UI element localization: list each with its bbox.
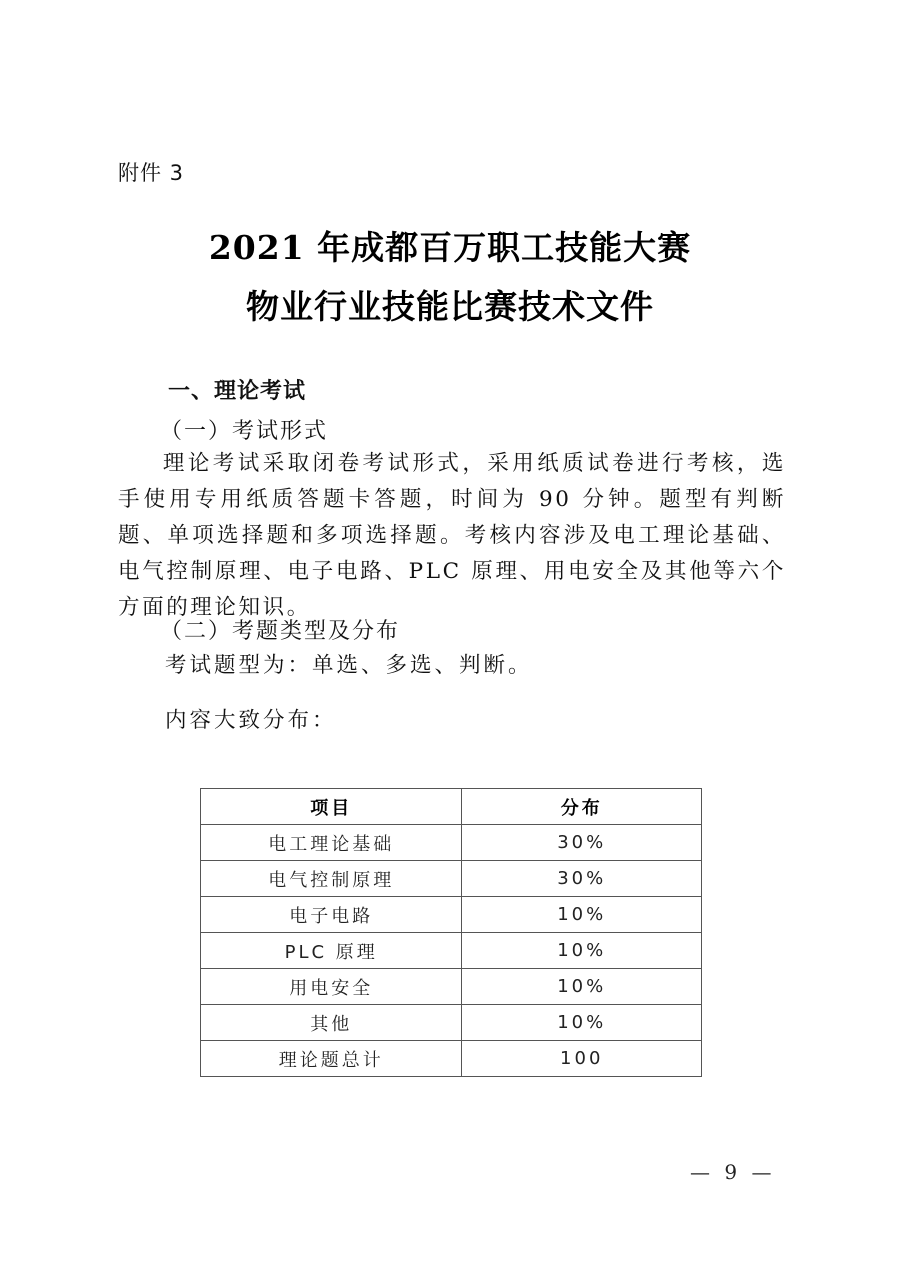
exam-format-text: 理论考试采取闭卷考试形式，采用纸质试卷进行考核，选手使用专用纸质答题卡答题，时间… <box>118 451 786 620</box>
subsection-heading-exam-format: （一）考试形式 <box>160 414 328 445</box>
attachment-label: 附件 3 <box>118 157 184 187</box>
cell-distribution: 10% <box>462 1005 702 1041</box>
cell-distribution: 100 <box>462 1041 702 1077</box>
table-row: 电气控制原理 30% <box>201 861 702 897</box>
cell-item: PLC 原理 <box>201 933 462 969</box>
document-page: 附件 3 2021 年成都百万职工技能大赛 物业行业技能比赛技术文件 一、理论考… <box>0 0 900 1273</box>
content-distribution-table: 项目 分布 电工理论基础 30% 电气控制原理 30% 电子电路 10% PLC… <box>200 788 702 1077</box>
distribution-label: 内容大致分布： <box>165 703 337 734</box>
header-item: 项目 <box>201 789 462 825</box>
cell-item: 电子电路 <box>201 897 462 933</box>
cell-distribution: 10% <box>462 969 702 1005</box>
table-row: 电工理论基础 30% <box>201 825 702 861</box>
table-row: 电子电路 10% <box>201 897 702 933</box>
cell-item: 用电安全 <box>201 969 462 1005</box>
table-header-row: 项目 分布 <box>201 789 702 825</box>
cell-item: 其他 <box>201 1005 462 1041</box>
question-types-line: 考试题型为：单选、多选、判断。 <box>165 648 533 679</box>
cell-distribution: 10% <box>462 933 702 969</box>
document-title-line1: 2021 年成都百万职工技能大赛 <box>0 222 900 269</box>
section-heading-theory-exam: 一、理论考试 <box>168 374 306 405</box>
table-row-total: 理论题总计 100 <box>201 1041 702 1077</box>
cell-distribution: 30% <box>462 861 702 897</box>
exam-format-paragraph: 理论考试采取闭卷考试形式，采用纸质试卷进行考核，选手使用专用纸质答题卡答题，时间… <box>118 446 786 626</box>
header-distribution: 分布 <box>462 789 702 825</box>
cell-item: 电工理论基础 <box>201 825 462 861</box>
page-number: — 9 — <box>690 1160 775 1184</box>
cell-distribution: 30% <box>462 825 702 861</box>
subsection-heading-question-types: （二）考题类型及分布 <box>160 614 400 645</box>
table-row: PLC 原理 10% <box>201 933 702 969</box>
document-title-line2: 物业行业技能比赛技术文件 <box>0 281 900 328</box>
cell-item: 电气控制原理 <box>201 861 462 897</box>
cell-distribution: 10% <box>462 897 702 933</box>
table-row: 用电安全 10% <box>201 969 702 1005</box>
cell-item: 理论题总计 <box>201 1041 462 1077</box>
table-row: 其他 10% <box>201 1005 702 1041</box>
